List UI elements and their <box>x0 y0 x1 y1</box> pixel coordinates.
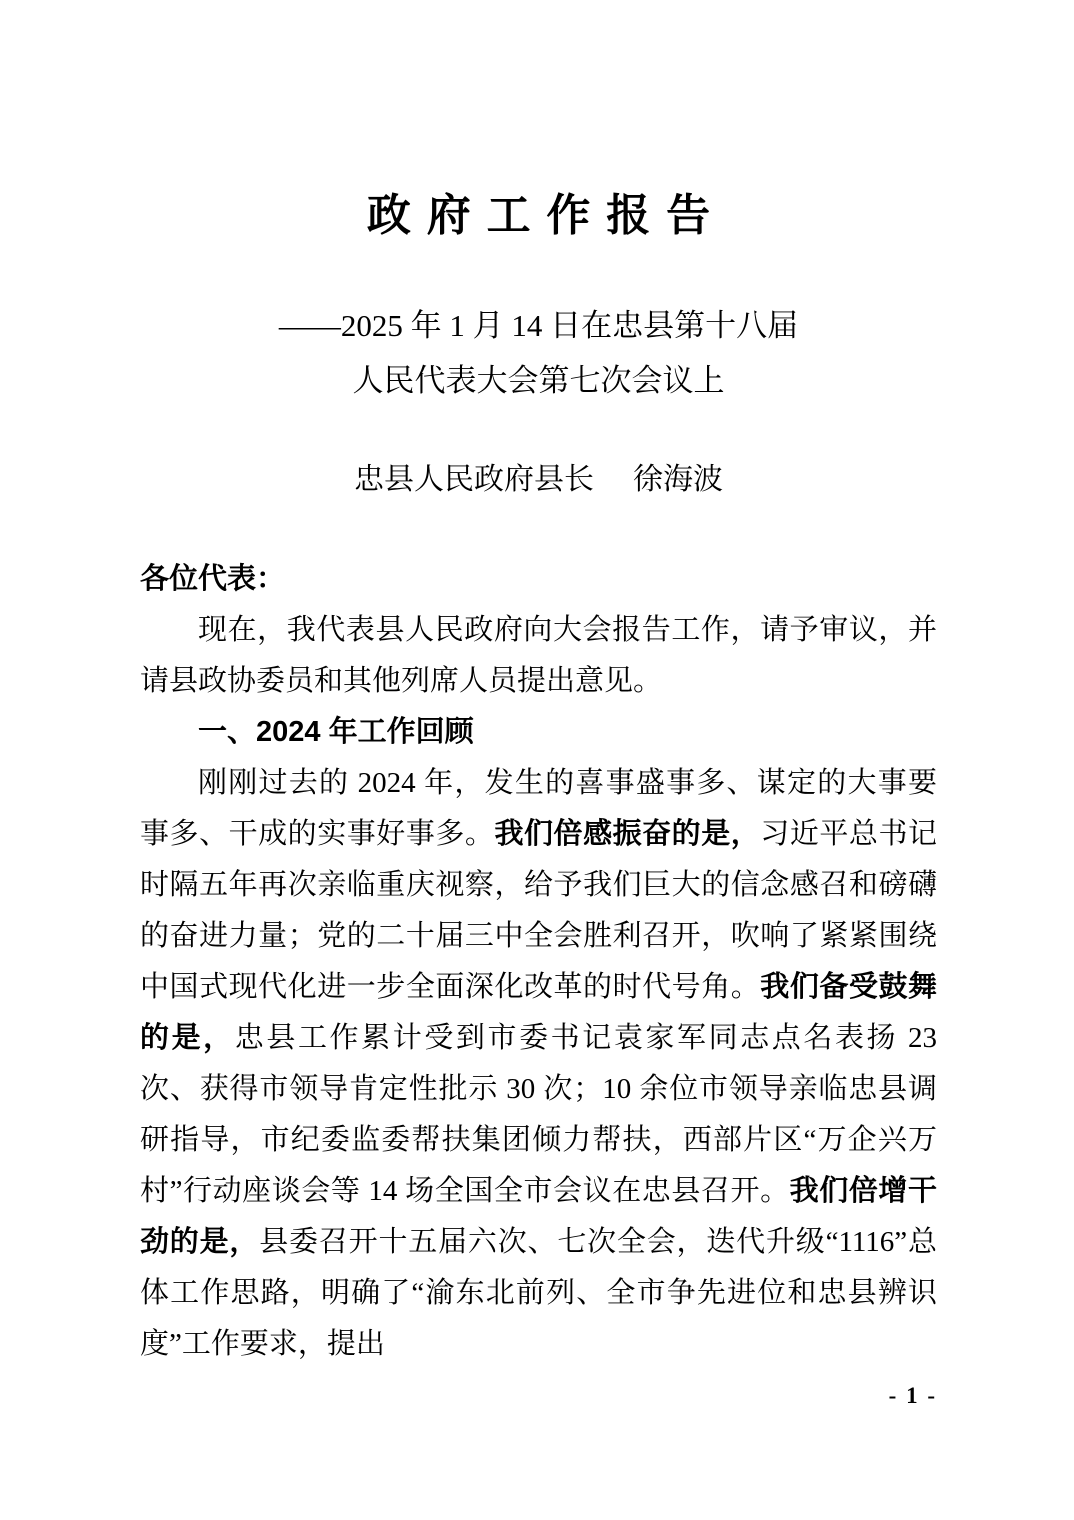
author-title: 忠县人民政府县长 <box>354 463 594 496</box>
document-body: 各位代表： 现在，我代表县人民政府向大会报告工作，请予审议，并请县政协委员和其他… <box>140 554 937 1370</box>
salutation: 各位代表： <box>140 554 937 605</box>
document-page: 政府工作报告 ——2025 年 1 月 14 日在忠县第十八届 人民代表大会第七… <box>0 0 1074 1520</box>
emphasis-run: 一、2024 年工作回顾 <box>198 716 474 748</box>
section-heading-2024-review: 一、2024 年工作回顾 <box>140 707 937 758</box>
document-subtitle: ——2025 年 1 月 14 日在忠县第十八届 人民代表大会第七次会议上 <box>140 298 937 408</box>
opening-paragraph: 现在，我代表县人民政府向大会报告工作，请予审议，并请县政协委员和其他列席人员提出… <box>140 605 937 707</box>
text-run: 县委召开十五届六次、七次全会，迭代升级“1116”总体工作思路，明确了“渝东北前… <box>140 1226 937 1360</box>
document-title: 政府工作报告 <box>140 190 937 242</box>
author-line: 忠县人民政府县长徐海波 <box>140 458 937 502</box>
text-run: 现在，我代表县人民政府向大会报告工作，请予审议，并请县政协委员和其他列席人员提出… <box>140 614 937 697</box>
subtitle-line-2: 人民代表大会第七次会议上 <box>140 353 937 408</box>
review-paragraph: 刚刚过去的 2024 年，发生的喜事盛事多、谋定的大事要事多、干成的实事好事多。… <box>140 758 937 1370</box>
subtitle-line-1: ——2025 年 1 月 14 日在忠县第十八届 <box>140 298 937 353</box>
document-content: 政府工作报告 ——2025 年 1 月 14 日在忠县第十八届 人民代表大会第七… <box>0 0 1074 1370</box>
page-footer: - 1 - <box>889 1383 937 1409</box>
author-name: 徐海波 <box>633 458 723 502</box>
page-number: - 1 - <box>889 1383 937 1408</box>
emphasis-run: 我们倍感振奋的是， <box>494 818 760 850</box>
